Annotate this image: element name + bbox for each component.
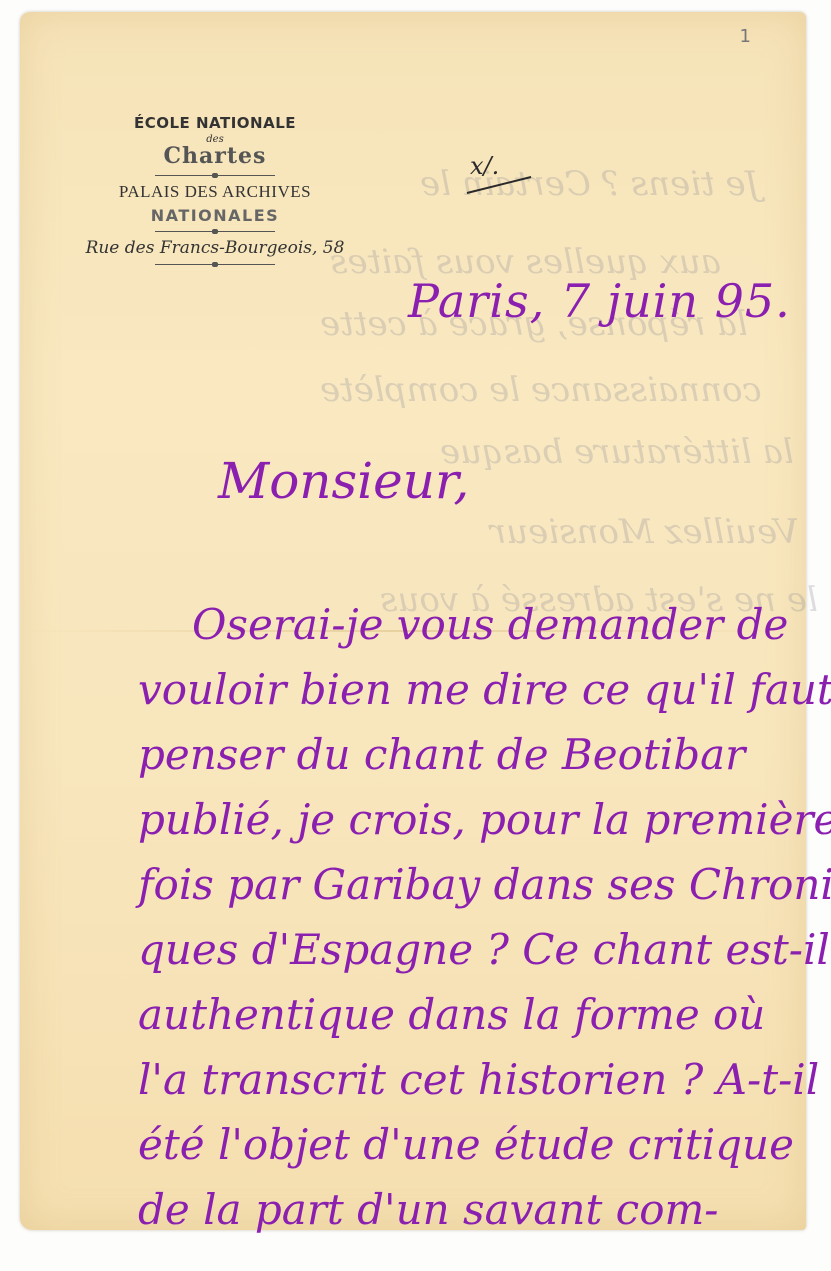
letter-page: Je tiens ? Certain le aux quelles vous f… [20,12,806,1230]
bleed-through-text: la littérature basque [440,432,794,472]
page-number: 1 [740,26,751,47]
letterhead-school: ÉCOLE NATIONALE [70,114,360,132]
letterhead-chartes: Chartes [70,143,360,169]
body-line: l'a transcrit cet historien ? A-t-il [138,1047,808,1112]
body-line: été l'objet d'une étude critique [138,1112,808,1177]
reference-mark: x/. [470,152,499,180]
bleed-through-text: connaissance le complète [320,370,762,410]
letterhead: ÉCOLE NATIONALE des Chartes PALAIS DES A… [70,114,360,271]
body-line: penser du chant de Beotibar [138,722,808,787]
letterhead-palais: PALAIS DES ARCHIVES [70,182,360,202]
body-line: fois par Garibay dans ses Chroni- [138,852,808,917]
body-line: Oserai-je vous demander de [138,592,808,657]
body-line: publié, je crois, pour la première [138,787,808,852]
letter-body: Oserai-je vous demander de vouloir bien … [138,592,808,1242]
ornament-divider [155,264,275,265]
body-line: vouloir bien me dire ce qu'il faut [138,657,808,722]
letterhead-address: Rue des Francs-Bourgeois, 58 [70,238,360,258]
body-line: ques d'Espagne ? Ce chant est-il [138,917,808,982]
body-line: de la part d'un savant com- [138,1177,808,1242]
ornament-divider [155,175,275,176]
body-line: authentique dans la forme où [138,982,808,1047]
dateline: Paris, 7 juin 95. [408,274,791,328]
salutation: Monsieur, [218,452,469,510]
bleed-through-text: Veuillez Monsieur [490,512,799,552]
letterhead-nationales: NATIONALES [70,206,360,225]
ornament-divider [155,231,275,232]
